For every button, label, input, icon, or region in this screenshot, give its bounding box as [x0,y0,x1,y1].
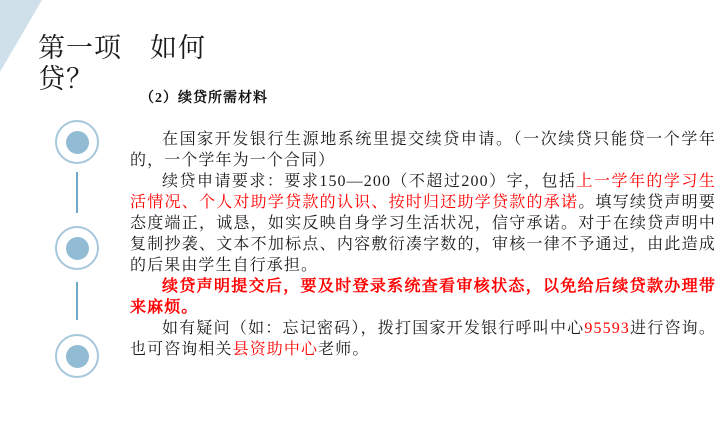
p4-black-3: 老师。 [318,341,369,358]
paragraph-check-status-warning: 续贷声明提交后，要及时登录系统查看审核状态，以免给后续贷款办理带来麻烦。 [130,276,716,318]
slide-title: 第一项 如何贷？ [38,33,206,95]
timeline-circle-3-dot [66,345,89,368]
paragraph-submit-application: 在国家开发银行生源地系统里提交续贷申请。（一次续贷只能贷一个学年的，一个学年为一… [130,129,716,171]
timeline-circle-2-dot [66,237,89,260]
p4-hotline-number: 95593 [584,320,630,337]
corner-decoration-triangle [0,0,42,72]
content-block: （2）续贷所需材料 在国家开发银行生源地系统里提交续贷申请。（一次续贷只能贷一个… [130,88,716,360]
timeline-circle-2 [55,226,99,270]
section-heading: （2）续贷所需材料 [140,88,704,109]
p3-text: 续贷声明提交后，要及时登录系统查看审核状态，以免给后续贷款办理带来麻烦。 [130,278,716,316]
p4-black-1: 如有疑问（如：忘记密码），拨打国家开发银行呼叫中心 [162,320,584,337]
timeline-circle-1-dot [66,131,89,154]
paragraph-contact-info: 如有疑问（如：忘记密码），拨打国家开发银行呼叫中心95593进行咨询。也可咨询相… [130,318,716,360]
p2-black-intro: 续贷申请要求：要求150—200（不超过200）字，包括 [162,173,577,190]
paragraph-application-requirements: 续贷申请要求：要求150—200（不超过200）字，包括上一学年的学习生活情况、… [130,171,716,276]
timeline-circle-1 [55,120,99,164]
p1-text: 在国家开发银行生源地系统里提交续贷申请。（一次续贷只能贷一个学年的，一个学年为一… [130,131,716,169]
slide: 第一项 如何贷？ （2）续贷所需材料 在国家开发银行生源地系统里提交续贷申请。（… [0,0,725,442]
slide-title-line1: 第一项 如何 [38,33,206,63]
slide-title-line2: 贷？ [38,64,94,94]
p4-funding-center: 县资助中心 [233,341,319,358]
timeline-connector-1 [76,172,78,213]
timeline-circle-3 [55,334,99,378]
timeline-connector-2 [76,282,78,320]
